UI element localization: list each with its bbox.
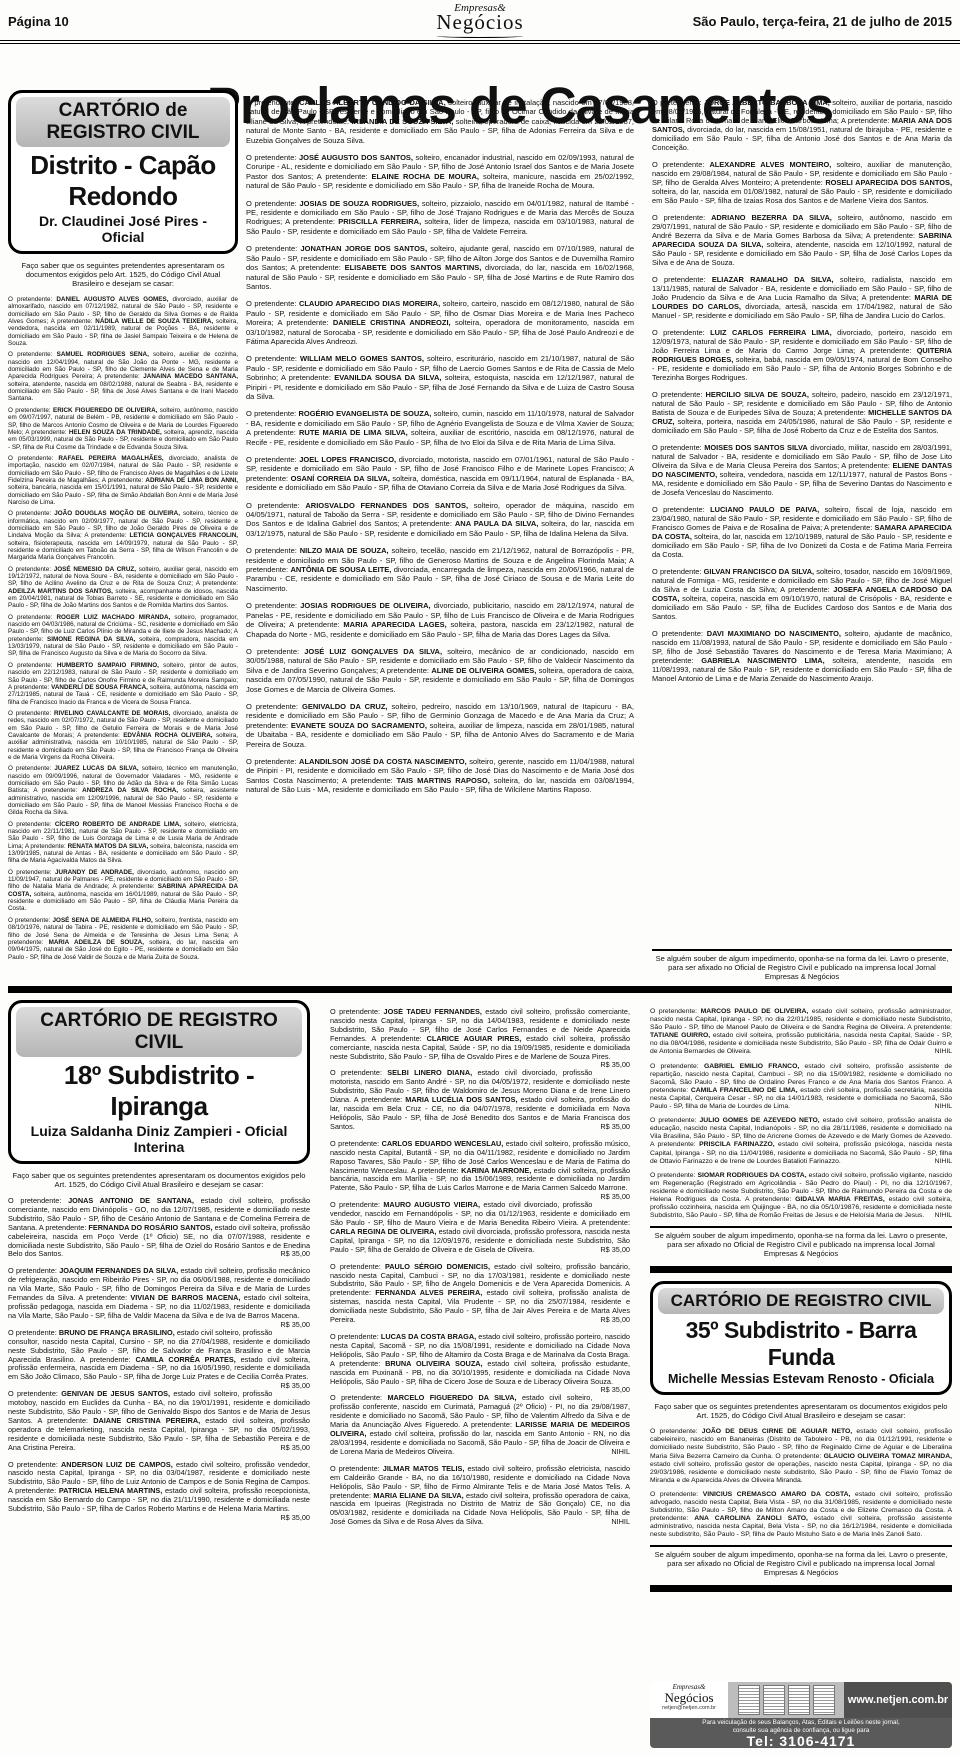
person-name: ELISABETE DOS SANTOS MARTINS,	[345, 263, 482, 272]
cartorio-box-capao-redondo: CARTÓRIO de REGISTRO CIVIL Distrito - Ca…	[8, 90, 238, 254]
person-name: WILLIAM MELO GOMES SANTOS,	[300, 354, 424, 363]
person-name: ARIOSVALDO FERNANDES DOS SANTOS,	[305, 501, 468, 510]
announcement: O pretendente: ERICK FIGUEREDO DE OLIVEI…	[8, 407, 238, 451]
person-name: ROGÉRIO EVANGELISTA DE SOUZA,	[298, 409, 431, 418]
announcement: O pretendente: LUCAS DA COSTA BRAGA, est…	[330, 1333, 630, 1386]
announcement: O pretendente: CARLOS ALBERTO CANDIDO DA…	[246, 98, 634, 145]
fee-label: R$ 35,00	[592, 1246, 630, 1255]
person-name: ELAINE ROCHA DE MOURA,	[371, 172, 479, 181]
person-name: NÁDILA WELLE DE SOUZA TEIXEIRA,	[95, 318, 213, 325]
fee-label: R$ 35,00	[272, 1250, 310, 1259]
announcement: O pretendente: MARCELO FIGUEREDO DA SILV…	[330, 1394, 630, 1456]
fee-label: R$ 35,00	[272, 1382, 310, 1391]
section-intro: Faço saber que os seguintes pretendentes…	[652, 1402, 950, 1420]
person-name: SIOMAR RODRIGUES DA COSTA,	[697, 1172, 806, 1179]
person-name: JOSIAS RODRIGUES DE OLIVEIRA,	[300, 601, 430, 610]
ad-website-url: www.netjen.com.br	[844, 1682, 952, 1718]
person-name: MOISES DOS SANTOS SILVA	[704, 443, 808, 452]
person-name: GABRIEL EMILIO FRANCO,	[704, 1063, 799, 1070]
announcement-list: O pretendente: MARCOS PAULO DE OLIVEIRA,…	[650, 1008, 952, 1220]
fee-label: R$ 35,00	[592, 1316, 630, 1325]
announcement: O pretendente: JUAREZ LUCAS DA SILVA, so…	[8, 765, 238, 816]
announcement: O pretendente: MOISES DOS SANTOS SILVA d…	[652, 443, 952, 497]
person-name: HUMBERTO SAMPAIO FIRMINO,	[57, 662, 159, 669]
fee-label: NIHIL	[927, 1048, 952, 1056]
person-name: CARLOS EDUARDO WENCESLAU,	[382, 1139, 504, 1148]
fee-label: NIHIL	[927, 1158, 952, 1166]
logo-line2: Negócios	[436, 12, 523, 33]
announcement: O pretendente: JOSÉ SENA DE ALMEIDA FILH…	[8, 917, 238, 961]
section-divider-bar	[8, 986, 952, 993]
person-name: SAMARA APARECIDA DA COSTA,	[652, 523, 952, 541]
person-name: DANIELE CRISTINA ANDREOZI,	[333, 318, 451, 327]
fee-label: R$ 35,00	[592, 1193, 630, 1202]
person-name: JONAS ANTONIO DE SANTANA,	[68, 1196, 194, 1205]
edition-date: São Paulo, terça-feira, 21 de julho de 2…	[693, 14, 952, 29]
person-name: EVANILDA SOUSA DA SILVA,	[334, 373, 441, 382]
announcement: O pretendente: ELIAZAR RAMALHO DA SILVA,…	[652, 275, 952, 320]
person-name: ALEXANDRE ALVES MONTEIRO,	[709, 160, 831, 169]
person-name: CARLOS ALBERTO CANDIDO DA SILVA,	[299, 98, 446, 107]
person-name: JOÃO DE DEUS CIRNE DE AGUIAR NETO,	[702, 1428, 852, 1435]
person-name: DAIANE CRISTINA PEREIRA,	[93, 1416, 200, 1425]
announcement: O pretendente: JOÃO DOUGLAS MOÇÃO DE OLI…	[8, 510, 238, 561]
person-name: CAMILA CORRÊA PRATES,	[135, 1355, 235, 1364]
person-name: JOSIAS DE SOUZA RODRIGUES,	[299, 199, 419, 208]
person-name: HERCILIO SILVA DE SOUZA,	[706, 390, 809, 399]
announcement: O pretendente: ALANDILSON JOSÉ DA COSTA …	[246, 757, 634, 795]
person-name: JUAREZ LUCAS DA SILVA,	[54, 765, 138, 772]
person-name: CÍCERO ROBERTO DE ANDRADE LIMA,	[55, 821, 181, 828]
announcement: O pretendente: GILVAN FRANCISCO DA SILVA…	[652, 567, 952, 621]
announcement-list: O pretendente: JONAS ANTONIO DE SANTANA,…	[8, 1197, 310, 1514]
newspaper-logo: Empresas& Negócios	[422, 3, 537, 38]
ad-contact-strip: Para veiculação de seus Balanços, Atas, …	[650, 1718, 952, 1748]
person-name: LARISSE MARIA DE MEDEIROS OLIVEIRA,	[330, 1420, 630, 1438]
newspaper-thumbnail	[738, 1685, 760, 1715]
cartorio-box-ipiranga: CARTÓRIO DE REGISTRO CIVIL 18º Subdistri…	[8, 1000, 310, 1164]
cartorio-band: CARTÓRIO de REGISTRO CIVIL	[16, 97, 230, 147]
announcement: O pretendente: SAMUEL RODRIGUES SENA, so…	[8, 351, 238, 402]
fee-label: R$ 35,00	[592, 1386, 630, 1395]
ad-top-row: Empresas& Negócios netjen@netjen.com.br …	[650, 1682, 952, 1718]
logo-underline	[436, 34, 523, 38]
announcement: O pretendente: GENIVAN DE JESUS SANTOS, …	[8, 1390, 310, 1452]
person-name: JOSÉ LUIZ GONÇALVES DA SILVA,	[304, 647, 442, 656]
person-name: JULIO GOMES DE AZEVEDO NETO,	[700, 1117, 820, 1124]
person-name: LUCAS DA COSTA BRAGA,	[381, 1332, 476, 1341]
person-name: IRLANDIA DE SOUZA SILVA,	[351, 117, 453, 126]
ad-text-line1: Para veiculação de seus Balanços, Atas, …	[650, 1719, 952, 1727]
person-name: CARLA REGINA DE OLIVEIRA,	[330, 1227, 436, 1236]
announcement: O pretendente: JOSIAS DE SOUZA RODRIGUES…	[246, 199, 634, 237]
person-name: SIMONE REGINA DA SILVA,	[47, 636, 135, 643]
person-name: OSANÍ CORREIA DA SILVA,	[291, 474, 390, 483]
person-name: JOSÉ NEMESIO DA CRUZ,	[54, 566, 136, 573]
person-name: PRISCILA FARINAZZO,	[699, 1141, 775, 1148]
column-ipiranga-2: O pretendente: JOSÉ TADEU FERNANDES, est…	[330, 1008, 630, 1748]
person-name: KARINA MARRONE,	[461, 1166, 531, 1175]
announcement: O pretendente: MARCOS PAULO DE OLIVEIRA,…	[650, 1008, 952, 1057]
cartorio-official: Luiza Saldanha Diniz Zampieri - Oficial …	[16, 1123, 302, 1155]
person-name: MARIA APARECIDA LAGES,	[343, 620, 446, 629]
person-name: EVANETE SOUZA DO SACRAMENTO,	[291, 721, 427, 730]
person-name: JURANDY DE ANDRADE,	[55, 869, 134, 876]
person-name: VIVIAN DE BARROS MACENA,	[130, 1293, 240, 1302]
person-name: MAURO AUGUSTO VIEIRA,	[383, 1200, 480, 1209]
person-name: ANA CAROLINA ZANOLI SATO,	[694, 1515, 808, 1522]
impediment-notice: Se alguém souber de algum impedimento, o…	[650, 1226, 952, 1262]
impediment-notice: Se alguém souber de algum impedimento, o…	[652, 949, 952, 985]
section-divider-bar	[650, 1585, 952, 1592]
newspaper-thumbnail	[813, 1685, 835, 1715]
cartorio-official: Dr. Claudinei José Pires - Oficial	[16, 213, 230, 245]
column-capao-3: O pretendente: JORGE ALBERTO BARBOSA LIM…	[652, 98, 952, 985]
netjen-ad: Empresas& Negócios netjen@netjen.com.br …	[650, 1682, 952, 1748]
person-name: BRUNA OLIVEIRA SOUZA,	[385, 1359, 482, 1368]
ad-logo-line2: Negócios	[650, 1691, 728, 1704]
person-name: VANDERLÍ DE SOUSA FRANCA,	[51, 684, 148, 691]
cartorio-box-barra-funda: CARTÓRIO DE REGISTRO CIVIL 35º Subdistri…	[650, 1281, 952, 1395]
person-name: TAIS MARTINS RAPOSO,	[397, 776, 490, 785]
announcement: O pretendente: LUIZ CARLOS FERREIRA LIMA…	[652, 328, 952, 382]
announcement: O pretendente: JULIO GOMES DE AZEVEDO NE…	[650, 1117, 952, 1166]
announcement-list: O pretendente: JOSÉ TADEU FERNANDES, est…	[330, 1008, 630, 1527]
cartorio-district: 35º Subdistrito - Barra Funda	[658, 1317, 944, 1371]
newspaper-thumbnail	[763, 1685, 785, 1715]
person-name: ROGER LUIZ MACHADO MIRANDA,	[56, 614, 170, 621]
person-name: VINICIUS CREMASCO AMARO DA COSTA,	[703, 1491, 851, 1498]
person-name: GILVAN FRANCISCO DA SILVA,	[704, 567, 814, 576]
announcement: O pretendente: ARIOSVALDO FERNANDES DOS …	[246, 501, 634, 539]
person-name: JOÃO DOUGLAS MOÇÃO DE OLIVEIRA,	[54, 510, 180, 517]
announcement: O pretendente: JURANDY DE ANDRADE, divor…	[8, 869, 238, 913]
column-capao-2: O pretendente: CARLOS ALBERTO CANDIDO DA…	[246, 98, 634, 985]
announcement: O pretendente: ADRIANO BEZERRA DA SILVA,…	[652, 213, 952, 267]
ad-newspaper-logo: Empresas& Negócios netjen@netjen.com.br	[650, 1682, 728, 1718]
person-name: ALINE DE OLIVEIRA GOMES,	[431, 666, 536, 675]
fee-label: R$ 35,00	[592, 1061, 630, 1070]
person-name: ANA PAULA DA SILVA,	[455, 519, 538, 528]
impediment-notice: Se alguém souber de algum impedimento, o…	[650, 1545, 952, 1581]
fee-label: NIHIL	[927, 1103, 952, 1111]
person-name: ADEILZA MARTINS DOS SANTOS,	[8, 588, 113, 595]
person-name: ANDERSON LUIZ DE CAMPOS,	[61, 1460, 173, 1469]
person-name: PRISCILLA FERREIRA,	[338, 217, 421, 226]
person-name: HELEN SOUZA DA TRINDADE,	[69, 429, 162, 436]
person-name: LETICIA GONÇALVES FRANCOLIN,	[130, 532, 238, 539]
fee-label: NIHIL	[603, 1518, 630, 1527]
person-name: ANDREZA DA SILVA ROCHA,	[82, 787, 178, 794]
fee-label: R$ 35,00	[592, 1123, 630, 1132]
person-name: GENIVALDO DA CRUZ,	[302, 702, 388, 711]
announcement-list: O pretendente: JORGE ALBERTO BARBOSA LIM…	[652, 98, 952, 943]
person-name: JOSÉ TADEU FERNANDES,	[384, 1008, 482, 1016]
announcement: O pretendente: SIOMAR RODRIGUES DA COSTA…	[650, 1172, 952, 1221]
person-name: SAMUEL RODRIGUES SENA,	[57, 351, 149, 358]
person-name: JOSÉ AUGUSTO DOS SANTOS,	[299, 153, 413, 162]
announcement: O pretendente: DANIEL AUGUSTO ALVES GOME…	[8, 296, 238, 347]
fee-label: NIHIL	[603, 1448, 630, 1457]
person-name: RIVELINO CAVALCANTE DE MORAIS,	[54, 710, 170, 717]
announcement: O pretendente: JOAQUIM FERNANDES DA SILV…	[8, 1267, 310, 1320]
ad-phone-number: Tel: 3106-4171	[650, 1734, 952, 1748]
announcement: O pretendente: JOSÉ LUIZ GONÇALVES DA SI…	[246, 647, 634, 694]
person-name: JOSEFA ANGELA CARDOSO DA COSTA,	[652, 585, 952, 603]
person-name: ROSELI APARECIDA DOS SANTOS,	[825, 178, 952, 187]
column-ipiranga-3-barra-funda: O pretendente: MARCOS PAULO DE OLIVEIRA,…	[650, 1008, 952, 1748]
person-name: ERICK FIGUEREDO DE OLIVEIRA,	[53, 407, 157, 414]
fee-label: R$ 35,00	[272, 1514, 310, 1523]
person-name: GENIVAN DE JESUS SANTOS,	[61, 1389, 170, 1398]
page-number: Página 10	[8, 14, 69, 29]
person-name: QUITERIA RODRIGUES BORGES,	[652, 346, 952, 364]
announcement: O pretendente: GENIVALDO DA CRUZ, soltei…	[246, 702, 634, 749]
person-name: GIDALVA MARIA FREITAS,	[795, 1196, 885, 1203]
person-name: SABRINA APARECIDA SOUZA DA SILVA,	[652, 231, 952, 249]
newspaper-thumbnail	[788, 1685, 810, 1715]
announcement: O pretendente: ROGER LUIZ MACHADO MIRAND…	[8, 614, 238, 658]
ad-email: netjen@netjen.com.br	[650, 1706, 728, 1712]
announcement: O pretendente: DAVI MAXIMIANO DO NASCIME…	[652, 629, 952, 683]
announcement-list: O pretendente: JOÃO DE DEUS CIRNE DE AGU…	[650, 1428, 952, 1539]
person-name: GABRIELA NASCIMENTO LIMA,	[701, 656, 824, 665]
person-name: ADRIANO BEZERRA DA SILVA,	[711, 213, 832, 222]
section-divider-bar	[650, 1266, 952, 1273]
person-name: MARCOS PAULO DE OLIVEIRA,	[701, 1008, 809, 1015]
announcement: O pretendente: RAFAEL PEREIRA MAGALHÃES,…	[8, 455, 238, 506]
person-name: MICHELLE SANTOS DA CRUZ,	[652, 408, 952, 426]
announcement-list: O pretendente: DANIEL AUGUSTO ALVES GOME…	[8, 296, 238, 961]
announcement: O pretendente: JONAS ANTONIO DE SANTANA,…	[8, 1197, 310, 1259]
person-name: LUIZ CARLOS FERREIRA LIMA,	[710, 328, 832, 337]
section-intro: Faço saber que os seguintes pretendentes…	[10, 261, 236, 288]
column-ipiranga-1: CARTÓRIO DE REGISTRO CIVIL 18º Subdistri…	[8, 1000, 310, 1748]
ad-page-thumbnails	[728, 1682, 844, 1718]
announcement: O pretendente: HERCILIO SILVA DE SOUZA, …	[652, 390, 952, 435]
person-name: RUTE MARIA DE LIMA SILVA,	[299, 428, 408, 437]
person-name: JORGE ALBERTO BARBOSA LIMA,	[704, 98, 830, 107]
announcement: O pretendente: PAULO SÉRGIO DOMENICIS, e…	[330, 1263, 630, 1325]
announcement: O pretendente: VINICIUS CREMASCO AMARO D…	[650, 1491, 952, 1540]
person-name: MARIA LUCÉLIA DOS SANTOS,	[405, 1095, 517, 1104]
announcement: O pretendente: ANDERSON LUIZ DE CAMPOS, …	[8, 1461, 310, 1514]
announcement: O pretendente: MAURO AUGUSTO VIEIRA, est…	[330, 1201, 630, 1254]
announcement: O pretendente: JOSÉ TADEU FERNANDES, est…	[330, 1008, 630, 1061]
person-name: DAVI MAXIMIANO DO NASCIMENTO,	[707, 629, 841, 638]
person-name: MARIA ELIANE DA SILVA,	[373, 1491, 463, 1500]
person-name: RAFAEL PEREIRA MAGALHÃES,	[58, 455, 163, 462]
person-name: JOAQUIM FERNANDES DA SILVA,	[59, 1266, 178, 1275]
person-name: NILZO MAIA DE SOUZA,	[300, 546, 389, 555]
announcement: O pretendente: WILLIAM MELO GOMES SANTOS…	[246, 354, 634, 401]
cartorio-district: 18º Subdistrito - Ipiranga	[16, 1060, 302, 1122]
person-name: ALANDILSON JOSÉ DA COSTA NASCIMENTO,	[299, 757, 467, 766]
announcement-list: O pretendente: CARLOS ALBERTO CANDIDO DA…	[246, 98, 634, 795]
announcement: O pretendente: LUCIANO PAULO DE PAIVA, s…	[652, 505, 952, 559]
person-name: DANIEL AUGUSTO ALVES GOMES,	[56, 296, 168, 303]
section-intro: Faço saber que os seguintes pretendentes…	[10, 1171, 308, 1189]
person-name: CLAUDIO APARECIDO DIAS MOREIRA,	[299, 299, 440, 308]
announcement: O pretendente: JILMAR MATOS TELIS, estad…	[330, 1465, 630, 1527]
person-name: GLAUCIO OLIVEIRA TOMAZ MIRANDA,	[824, 1453, 952, 1460]
person-name: PAULO SÉRGIO DOMENICIS,	[385, 1262, 490, 1271]
person-name: CLARICE AGUIAR PIRES,	[427, 1034, 522, 1043]
person-name: RENATA MATOS DA SILVA,	[68, 843, 149, 850]
person-name: MARIA DE LOURDES DO CARLOS,	[652, 293, 952, 311]
announcement: O pretendente: HUMBERTO SAMPAIO FIRMINO,…	[8, 662, 238, 706]
person-name: JOSÉ SENA DE ALMEIDA FILHO,	[53, 917, 153, 924]
announcement: O pretendente: JOSÉ AUGUSTO DOS SANTOS, …	[246, 153, 634, 191]
announcement: O pretendente: NILZO MAIA DE SOUZA, solt…	[246, 546, 634, 593]
person-name: MARCELO FIGUEREDO DA SILVA,	[387, 1393, 516, 1402]
cartorio-band: CARTÓRIO DE REGISTRO CIVIL	[16, 1007, 302, 1057]
person-name: FERNANDA ALVES PEREIRA,	[375, 1288, 482, 1297]
person-name: MARIA ANA DOS SANTOS,	[652, 116, 952, 134]
fee-label: R$ 35,00	[272, 1321, 310, 1330]
announcement: O pretendente: SELBI LINERO DIANA, estad…	[330, 1069, 630, 1131]
announcement: O pretendente: JOSIAS RODRIGUES DE OLIVE…	[246, 601, 634, 639]
cartorio-band: CARTÓRIO DE REGISTRO CIVIL	[658, 1288, 944, 1314]
person-name: ANTÔNIA DE SOUSA LEITE,	[290, 565, 391, 574]
announcement: O pretendente: RIVELINO CAVALCANTE DE MO…	[8, 710, 238, 761]
person-name: EDVÂNIA ROCHA OLIVEIRA,	[123, 732, 212, 739]
column-capao-1: CARTÓRIO de REGISTRO CIVIL Distrito - Ca…	[8, 90, 238, 985]
person-name: ELIAZAR RAMALHO DA SILVA,	[712, 275, 834, 284]
announcement: O pretendente: CLAUDIO APARECIDO DIAS MO…	[246, 299, 634, 346]
announcement: O pretendente: CÍCERO ROBERTO DE ANDRADE…	[8, 821, 238, 865]
person-name: LUCIANO PAULO DE PAIVA,	[710, 505, 819, 514]
person-name: ADRIANA DE LIMA BON ANNI,	[145, 477, 238, 484]
fee-label: NIHIL	[927, 1212, 952, 1220]
person-name: JILMAR MATOS TELIS,	[383, 1464, 465, 1473]
announcement: O pretendente: ROGÉRIO EVANGELISTA DE SO…	[246, 409, 634, 447]
person-name: JONATHAN JORGE DOS SANTOS,	[300, 244, 427, 253]
announcement: O pretendente: JONATHAN JORGE DOS SANTOS…	[246, 244, 634, 291]
announcement: O pretendente: JORGE ALBERTO BARBOSA LIM…	[652, 98, 952, 152]
announcement: O pretendente: JOEL LOPES FRANCISCO, div…	[246, 455, 634, 493]
person-name: CAMILA FRANCELINO DE LIMA,	[691, 1087, 798, 1094]
person-name: BRUNO DE FRANÇA BRASILINO,	[59, 1328, 175, 1337]
person-name: TATIANE GUIRRO,	[650, 1032, 710, 1039]
person-name: MARIA ADEILZA DE SOUZA,	[49, 939, 144, 946]
person-name: JOEL LOPES FRANCISCO,	[299, 455, 396, 464]
person-name: SABRINA APARECIDA DA COSTA,	[8, 883, 238, 897]
announcement: O pretendente: BRUNO DE FRANÇA BRASILINO…	[8, 1329, 310, 1382]
fee-label: R$ 35,00	[272, 1444, 310, 1453]
newspaper-page: Página 10 São Paulo, terça-feira, 21 de …	[0, 0, 960, 1755]
announcement: O pretendente: CARLOS EDUARDO WENCESLAU,…	[330, 1140, 630, 1193]
cartorio-district: Distrito - Capão Redondo	[16, 150, 230, 212]
person-name: FERNANDA DO ROSÁRIO SANTOS,	[88, 1223, 212, 1232]
person-name: JANAINA MACEDO SANTANA,	[143, 373, 238, 380]
announcement: O pretendente: JOSÉ NEMESIO DA CRUZ, sol…	[8, 566, 238, 610]
announcement: O pretendente: JOÃO DE DEUS CIRNE DE AGU…	[650, 1428, 952, 1485]
announcement: O pretendente: GABRIEL EMILIO FRANCO, es…	[650, 1063, 952, 1112]
person-name: SELBI LINERO DIANA,	[387, 1068, 472, 1077]
person-name: ELIENE DANTAS DO NASCIMENTO,	[652, 461, 952, 479]
announcement: O pretendente: ALEXANDRE ALVES MONTEIRO,…	[652, 160, 952, 205]
person-name: PATRICIA HELENA MARTINS,	[59, 1486, 162, 1495]
cartorio-official: Michelle Messias Estevam Renosto - Ofici…	[658, 1372, 944, 1386]
